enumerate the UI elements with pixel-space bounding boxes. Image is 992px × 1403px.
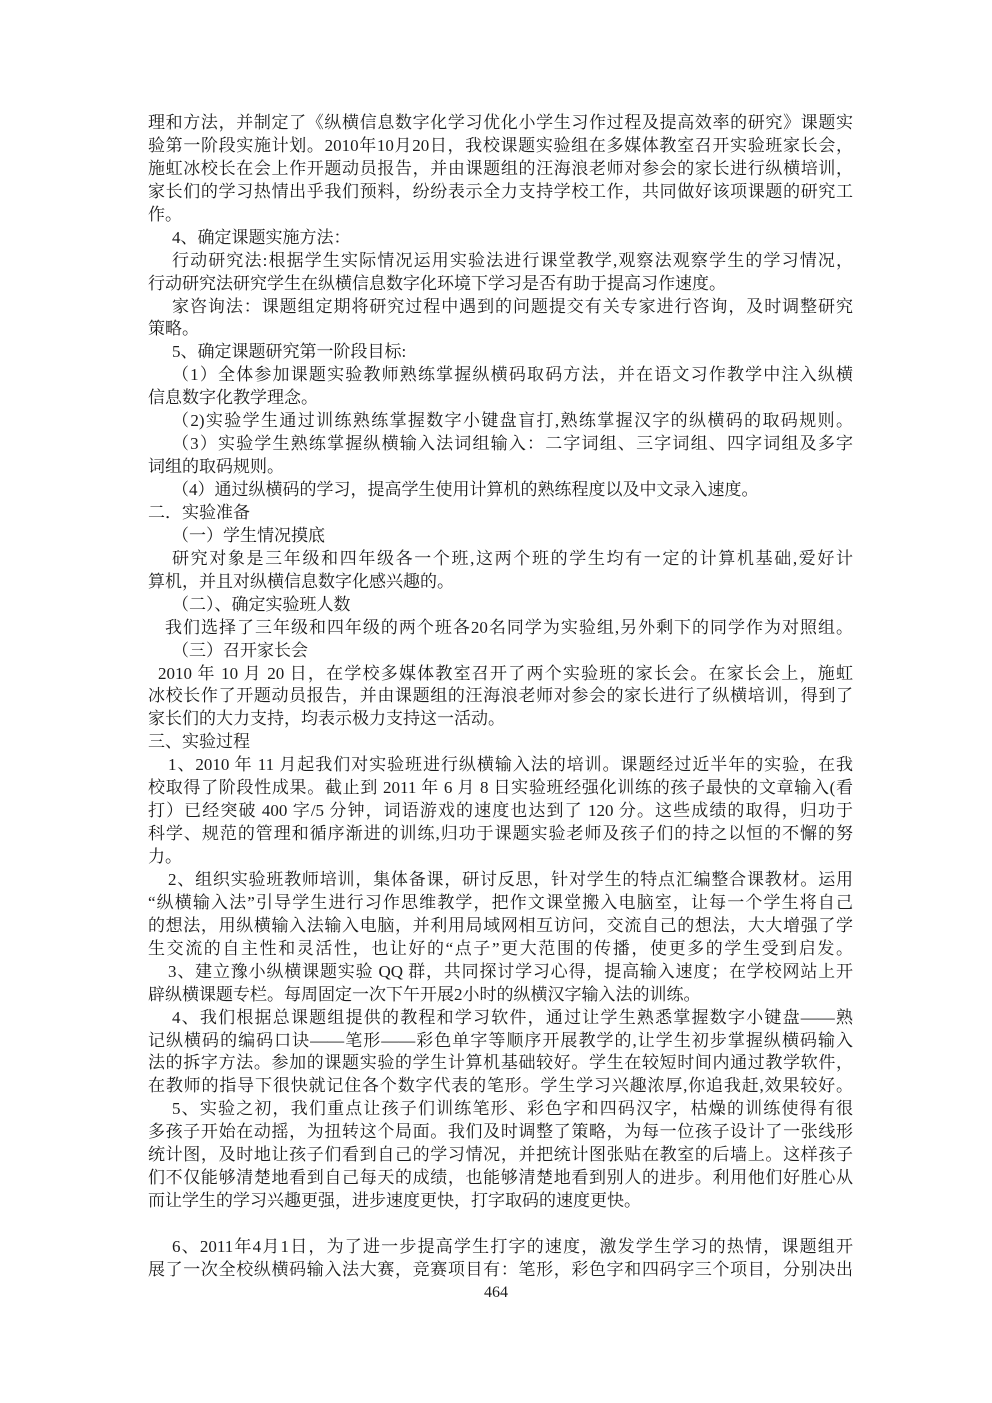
text-line: 验第一阶段实施计划。2010年10月20日，我校课题实验组在多媒体教室召开实验班… xyxy=(148,135,853,158)
text-line: （三）召开家长会 xyxy=(148,640,853,663)
text-line: 的想法，用纵横输入法输入电脑，并利用局域网相互访问，交流自己的想法，大大增强了学 xyxy=(148,915,853,938)
text-line: 施虹冰校长在会上作开题动员报告，并由课题组的汪海浪老师对参会的家长进行纵横培训， xyxy=(148,158,853,181)
text-line: （4）通过纵横码的学习，提高学生使用计算机的熟练程度以及中文录入速度。 xyxy=(148,479,853,502)
text-line: 行动研究法:根据学生实际情况运用实验法进行课堂教学,观察法观察学生的学习情况， xyxy=(148,250,853,273)
text-line: 研究对象是三年级和四年级各一个班,这两个班的学生均有一定的计算机基础,爱好计 xyxy=(148,548,853,571)
text-line: 4、我们根据总课题组提供的教程和学习软件，通过让学生熟悉掌握数字小键盘——熟 xyxy=(148,1007,853,1030)
text-line: 家咨询法：课题组定期将研究过程中遇到的问题提交有关专家进行咨询，及时调整研究 xyxy=(148,296,853,319)
text-line: 2010 年 10 月 20 日，在学校多媒体教室召开了两个实验班的家长会。在家… xyxy=(148,663,853,686)
text-line: 3、建立豫小纵横课题实验 QQ 群，共同探讨学习心得，提高输入速度；在学校网站上… xyxy=(148,961,853,984)
text-line: 校取得了阶段性成果。截止到 2011 年 6 月 8 日实验班经强化训练的孩子最… xyxy=(148,777,853,800)
text-line: 二．实验准备 xyxy=(148,502,853,525)
page-number: 464 xyxy=(0,1283,992,1303)
text-line: （1）全体参加课题实验教师熟练掌握纵横码取码方法，并在语文习作教学中注入纵横 xyxy=(148,364,853,387)
text-line: 信息数字化教学理念。 xyxy=(148,387,853,410)
text-line: 科学、规范的管理和循序渐进的训练,归功于课题实验老师及孩子们的持之以恒的不懈的努 xyxy=(148,823,853,846)
text-line: （二）、确定实验班人数 xyxy=(148,594,853,617)
text-line: 们不仅能够清楚地看到自己每天的成绩，也能够清楚地看到别人的进步。利用他们好胜心从 xyxy=(148,1167,853,1190)
text-line xyxy=(148,1213,853,1236)
text-line: 在教师的指导下很快就记住各个数字代表的笔形。学生学习兴趣浓厚,你追我赶,效果较好… xyxy=(148,1075,853,1098)
text-line: 词组的取码规则。 xyxy=(148,456,853,479)
text-line: 而让学生的学习兴趣更强，进步速度更快，打字取码的速度更快。 xyxy=(148,1190,853,1213)
text-line: 行动研究法研究学生在纵横信息数字化环境下学习是否有助于提高习作速度。 xyxy=(148,273,853,296)
text-line: 多孩子开始在动摇，为扭转这个局面。我们及时调整了策略，为每一位孩子设计了一张线形 xyxy=(148,1121,853,1144)
text-line: 算机，并且对纵横信息数字化感兴趣的。 xyxy=(148,571,853,594)
text-line: 辟纵横课题专栏。每周固定一次下午开展2小时的纵横汉字输入法的训练。 xyxy=(148,984,853,1007)
text-line: （2)实验学生通过训练熟练掌握数字小键盘盲打,熟练掌握汉字的纵横码的取码规则。 xyxy=(148,410,853,433)
text-line: “纵横输入法”引导学生进行习作思维教学，把作文课堂搬入电脑室，让每一个学生将自己 xyxy=(148,892,853,915)
text-line: （3）实验学生熟练掌握纵横输入法词组输入：二字词组、三字词组、四字词组及多字 xyxy=(148,433,853,456)
text-line: 冰校长作了开题动员报告，并由课题组的汪海浪老师对参会的家长进行了纵横培训，得到了 xyxy=(148,685,853,708)
text-line: 2、组织实验班教师培训，集体备课，研讨反思，针对学生的特点汇编整合课教材。运用 xyxy=(148,869,853,892)
text-line: 作。 xyxy=(148,204,853,227)
text-line: 家长们的大力支持，均表示极力支持这一活动。 xyxy=(148,708,853,731)
text-line: 家长们的学习热情出乎我们预料，纷纷表示全力支持学校工作，共同做好该项课题的研究工 xyxy=(148,181,853,204)
text-line: 4、确定课题实施方法： xyxy=(148,227,853,250)
text-line: （一）学生情况摸底 xyxy=(148,525,853,548)
text-line: 记纵横码的编码口诀——笔形——彩色单字等顺序开展教学的,让学生初步掌握纵横码输入 xyxy=(148,1030,853,1053)
text-line: 力。 xyxy=(148,846,853,869)
text-line: 统计图，及时地让孩子们看到自己的学习情况，并把统计图张贴在教室的后墙上。这样孩子 xyxy=(148,1144,853,1167)
text-line: 策略。 xyxy=(148,318,853,341)
document-text: 理和方法，并制定了《纵横信息数字化学习优化小学生习作过程及提高效率的研究》课题实… xyxy=(148,112,853,1282)
text-line: 6、2011年4月1日，为了进一步提高学生打字的速度，激发学生学习的热情，课题组… xyxy=(148,1236,853,1259)
text-line: 生交流的自主性和灵活性，也让好的“点子”更大范围的传播，使更多的学生受到启发。 xyxy=(148,938,853,961)
text-line: 三、实验过程 xyxy=(148,731,853,754)
text-line: 1、2010 年 11 月起我们对实验班进行纵横输入法的培训。课题经过近半年的实… xyxy=(148,754,853,777)
text-line: 我们选择了三年级和四年级的两个班各20名同学为实验组,另外剩下的同学作为对照组。 xyxy=(148,617,853,640)
text-line: 展了一次全校纵横码输入法大赛，竞赛项目有：笔形，彩色字和四码字三个项目，分别决出 xyxy=(148,1259,853,1282)
text-line: 法的拆字方法。参加的课题实验的学生计算机基础较好。学生在较短时间内通过教学软件， xyxy=(148,1052,853,1075)
text-line: 打）已经突破 400 字/5 分钟，词语游戏的速度也达到了 120 分。这些成绩… xyxy=(148,800,853,823)
text-line: 5、确定课题研究第一阶段目标: xyxy=(148,341,853,364)
document-page: 理和方法，并制定了《纵横信息数字化学习优化小学生习作过程及提高效率的研究》课题实… xyxy=(0,0,992,1403)
text-line: 理和方法，并制定了《纵横信息数字化学习优化小学生习作过程及提高效率的研究》课题实 xyxy=(148,112,853,135)
text-line: 5、实验之初，我们重点让孩子们训练笔形、彩色字和四码汉字，枯燥的训练使得有很 xyxy=(148,1098,853,1121)
